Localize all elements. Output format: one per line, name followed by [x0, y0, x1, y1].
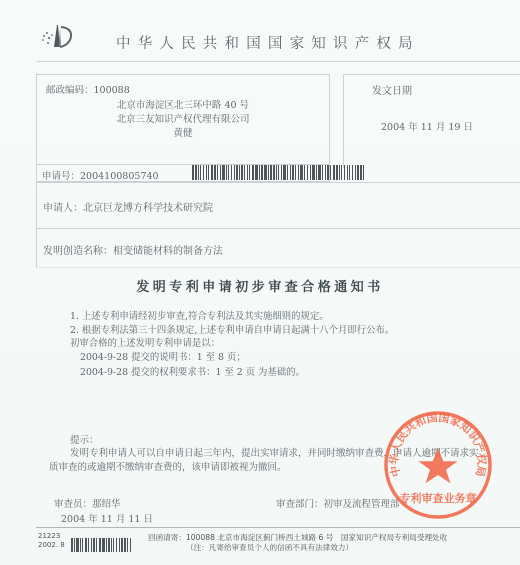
examination-department: 审查部门：初审及流程管理部 [276, 496, 400, 510]
issue-date-value: 2004 年 11 月 19 日 [381, 119, 473, 133]
notice-line-3: 初审合格的上述发明专利申请是以： [70, 335, 220, 349]
application-number: 申请号：2004100805740 [42, 168, 159, 182]
notice-title: 发明专利申请初步审查合格通知书 [0, 276, 520, 295]
notice-line-5: 2004-9-28 提交的权利要求书：1 至 2 页 为基础的。 [80, 364, 305, 378]
notice-line-4: 2004-9-28 提交的说明书：1 至 8 页； [80, 349, 246, 363]
svg-text:专利审查业务章: 专利审查业务章 [400, 491, 477, 505]
form-code: 21223 2002. 8 [38, 532, 65, 550]
footer-divider [36, 527, 520, 528]
issue-date-label: 发文日期 [372, 82, 412, 97]
agency-company: 北京三友知识产权代理有限公司 [36, 111, 330, 125]
footer-barcode-icon [71, 538, 132, 552]
examination-date: 2004 年 11 月 11 日 [61, 511, 153, 525]
hint-line-2: 质审查的或逾期不缴纳审查费的，该申请即被视为撤回。 [49, 459, 287, 473]
recipient-name: 黄健 [36, 125, 330, 139]
hint-line-1: 发明专利申请人可以自申请日起三年内，提出实审请求，并同时缴纳审查费，申请人逾期不… [70, 445, 479, 459]
agency-name: 中华人民共和国国家知识产权局 [116, 32, 420, 53]
barcode-icon [192, 165, 366, 180]
notice-document: 中华人民共和国国家知识产权局 邮政编码：100088 北京市海淀区北三环中路 4… [0, 0, 520, 565]
notice-line-2: 2. 根据专利法第三十四条规定,上述专利申请自申请日起满十八个月即行公布。 [70, 322, 394, 336]
invention-title: 发明创造名称：相变储能材料的制备方法 [43, 242, 223, 257]
address: 北京市海淀区北三环中路 40 号 [36, 97, 330, 111]
applicant-name: 申请人：北京巨龙博方科学技术研究院 [43, 199, 213, 214]
postcode: 邮政编码：100088 [46, 82, 130, 96]
header-divider [37, 61, 520, 62]
notice-line-1: 1. 上述专利申请经初步审查,符合专利法及其实施细则的规定。 [70, 308, 329, 322]
form-code-number: 21223 [38, 532, 65, 541]
hint-label: 提示： [70, 432, 99, 446]
examiner: 审查员：那绍华 [54, 496, 121, 510]
form-code-version: 2002. 8 [38, 541, 65, 550]
return-note: （注：凡寄给审查员个人的信函不具有法律效力） [186, 542, 353, 553]
cnipa-logo-icon [38, 17, 78, 53]
